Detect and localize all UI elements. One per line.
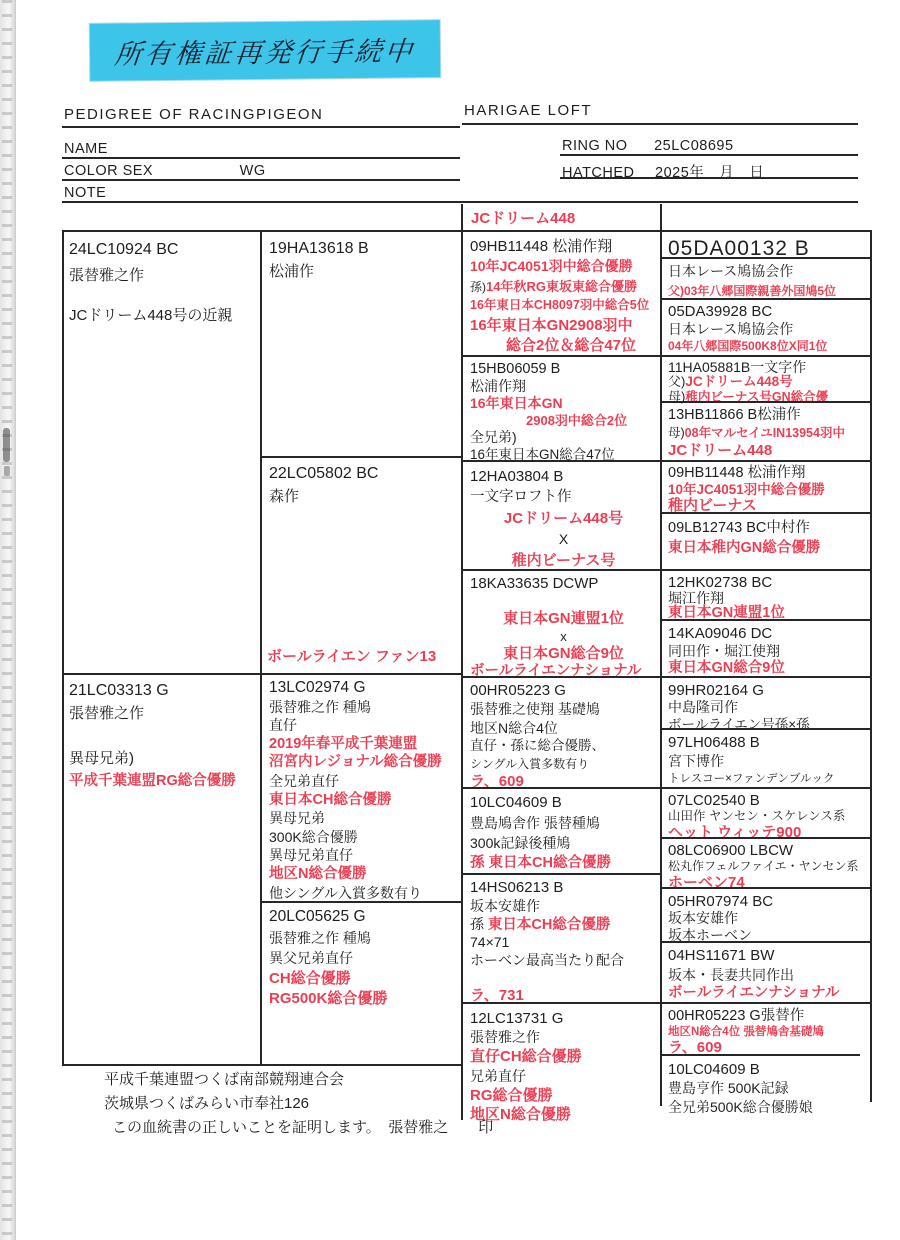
pedigree-line: 稚内ビーナス号	[470, 550, 657, 571]
pedigree-line: 兄弟直仔	[470, 1067, 657, 1086]
pedigree-line: シングル入賞多数有り	[470, 755, 657, 773]
pedigree-line: 森作	[269, 485, 459, 508]
gen2-sire-dam: 22LC05802 BC森作ボールライエン ファン13	[264, 459, 459, 671]
pedigree-line: RG500K総合優勝	[269, 989, 459, 1010]
pedigree-line: 14KA09046 DC	[668, 625, 870, 643]
gen3-label-jc-dream-448: JCドリーム448	[466, 206, 656, 230]
pedigree-line: 15HB06059 B	[470, 361, 657, 378]
gen3-cell-7: 14HS06213 B坂本安雄作孫 東日本CH総合優勝74×71ホーベン最高当た…	[465, 876, 657, 1000]
pedigree-line: 異父兄弟直仔	[269, 948, 459, 969]
pedigree-line: 孫)14年秋RG東坂東総合優勝	[470, 277, 657, 297]
pedigree-document-page: 所有権証再発行手続中 PEDIGREE OF RACINGPIGEON HARI…	[0, 0, 900, 1240]
pedigree-line: 異母兄弟	[269, 809, 459, 828]
color-sex-row: COLOR SEX WG	[64, 163, 266, 179]
pedigree-line	[470, 969, 657, 987]
pedigree-line: 99HR02164 G	[668, 682, 870, 699]
pedigree-line: 18KA33635 DCWP	[470, 575, 657, 593]
table-border	[62, 230, 64, 1066]
ring-no-value: 25LC08695	[654, 138, 734, 154]
gen4-cell-12: 08LC06900 LBCW松丸作フェルファイエ・ヤンセン系ホーベン74	[663, 840, 870, 885]
gen4-cell-13: 05HR07974 BC坂本安雄作坂本ホーベン	[663, 890, 870, 940]
pedigree-line: ボールライエンナショナル	[668, 984, 870, 1003]
pedigree-line: 10年JC4051羽中総合優勝	[668, 482, 870, 499]
pedigree-line: 張替雅之作	[69, 702, 258, 725]
pedigree-line: 24LC10924 BC	[69, 237, 258, 263]
pedigree-line: 地区N総合4位	[470, 719, 657, 737]
table-border	[660, 401, 872, 403]
scan-smudge	[4, 466, 10, 476]
pedigree-line: 張替雅之作	[470, 1028, 657, 1047]
table-border	[461, 676, 872, 678]
gen4-cell-14: 04HS11671 BW坂本・長妻共同作出ボールライエンナショナル	[663, 944, 870, 1000]
gen4-cell-10: 97LH06488 B宮下博作トレスコー×ファンデンブルック	[663, 731, 870, 785]
pedigree-line: 松浦作	[269, 260, 459, 283]
pedigree-line: JCドリーム448号の近親	[69, 303, 258, 329]
table-border	[62, 201, 858, 203]
gen3-cell-4: 18KA33635 DCWP東日本GN連盟1位x東日本GN総合9位ボールライエン…	[465, 572, 657, 674]
pedigree-line: 張替雅之使翔 基礎鳩	[470, 700, 657, 718]
pedigree-line: 異母兄弟)	[69, 747, 258, 770]
pedigree-line: 張替雅之作 種鳩	[269, 698, 459, 717]
pedigree-line: トレスコー×ファンデンブルック	[668, 770, 870, 788]
pedigree-line: 総合2位＆総合47位	[470, 336, 657, 356]
federation-name: 平成千葉連盟つくば南部競翔連合会	[104, 1068, 344, 1089]
pedigree-line: 沼宮内レジョナル総合優勝	[269, 753, 459, 772]
gen4-cell-3: 11HA05881B一文字作父)JCドリーム448号母)稚内ビーナス号GN総合優	[663, 357, 870, 400]
table-border	[62, 673, 463, 675]
color-sex-label: COLOR SEX	[64, 163, 153, 179]
pedigree-line: 300K総合優勝	[269, 828, 459, 847]
pedigree-line: 父)JCドリーム448号	[668, 375, 870, 390]
gen3-cell-8: 12LC13731 G張替雅之作直仔CH総合優勝兄弟直仔RG総合優勝地区N総合優…	[465, 1006, 657, 1122]
pedigree-line: 異母兄弟直仔	[269, 846, 459, 865]
pedigree-line: 2019年春平成千葉連盟	[269, 735, 459, 754]
pedigree-line: 平成千葉連盟RG総合優勝	[69, 770, 258, 793]
pedigree-line: 20LC05625 G	[269, 907, 459, 928]
table-border	[660, 512, 872, 514]
scan-smudge	[3, 428, 10, 462]
gen4-cell-15: 00HR05223 G張替作地区N総合4位 張替鳩舎基礎鳩ラ、609	[663, 1005, 870, 1053]
pedigree-line: 12HA03804 B	[470, 466, 657, 487]
gen3-cell-3: 12HA03804 B一文字ロフト作JCドリーム448号X稚内ビーナス号	[465, 463, 657, 567]
gen4-cell-7: 12HK02738 BC堀江作翔東日本GN連盟1位	[663, 572, 870, 618]
table-border	[660, 257, 872, 259]
pedigree-line: 10年JC4051羽中総合優勝	[470, 257, 657, 277]
pedigree-line: 直仔・孫に総合優勝、	[470, 737, 657, 755]
pedigree-line: X	[470, 529, 657, 550]
table-border	[62, 157, 460, 159]
table-border	[660, 941, 872, 943]
pedigree-line: CH総合優勝	[269, 969, 459, 990]
ring-no-row: RING NO 25LC08695	[562, 138, 734, 154]
pedigree-line: 00HR05223 G張替作	[668, 1008, 870, 1024]
table-border	[660, 619, 872, 621]
table-border	[461, 873, 662, 875]
pedigree-line: 中島隆司作	[668, 699, 870, 716]
note-label: NOTE	[64, 185, 106, 201]
gen3-cell-2: 15HB06059 B松浦作翔16年東日本GN2908羽中総合2位全兄弟)16年…	[465, 358, 657, 458]
pedigree-line: JCドリーム448号	[470, 508, 657, 529]
pedigree-line: 地区N総合優勝	[470, 1105, 657, 1124]
table-border	[560, 177, 858, 179]
pedigree-line: 直仔	[269, 716, 459, 735]
gen1-sire: 24LC10924 BC張替雅之作JCドリーム448号の近親	[64, 234, 258, 671]
pedigree-line: 孫 東日本CH総合優勝	[470, 915, 657, 933]
gen4-cell-6: 09LB12743 BC中村作東日本稚内GN総合優勝	[663, 515, 870, 568]
pedigree-line: 東日本GN総合9位	[470, 645, 657, 663]
table-border	[260, 456, 463, 458]
table-border	[461, 355, 872, 357]
pedigree-line: 地区N総合4位 張替鳩舎基礎鳩	[668, 1024, 870, 1040]
pedigree-line: 05HR07974 BC	[668, 893, 870, 910]
pedigree-line: 孫 東日本CH総合優勝	[470, 853, 657, 873]
pedigree-line: 04年八郷国際500K8位X同1位	[668, 338, 870, 356]
pedigree-line: 地区N総合優勝	[269, 865, 459, 884]
table-border	[461, 1002, 872, 1004]
table-border	[260, 901, 463, 903]
table-border	[62, 1064, 463, 1066]
notebook-binding-edge	[0, 0, 16, 1240]
gen4-cell-11: 07LC02540 B山田作 ヤンセン・スケレンス系ヘット ウィッテ900	[663, 790, 870, 836]
binding-scallops	[2, 0, 12, 1240]
pedigree-line: 300k記録後種鳩	[470, 833, 657, 853]
gen3-cell-5: 00HR05223 G張替雅之使翔 基礎鳩地区N総合4位直仔・孫に総合優勝、シン…	[465, 679, 657, 785]
pedigree-line: 12LC13731 G	[470, 1009, 657, 1028]
table-border	[660, 887, 872, 889]
pedigree-line: ホーベン最高当たり配合	[470, 951, 657, 969]
pedigree-line: 同田作・堀江使翔	[668, 643, 870, 661]
pedigree-line: 直仔CH総合優勝	[470, 1047, 657, 1066]
gen4-cell-8: 14KA09046 DC同田作・堀江使翔東日本GN総合9位	[663, 622, 870, 674]
pedigree-line: 他シングル入賞多数有り	[269, 884, 459, 903]
pedigree-line: 97LH06488 B	[668, 734, 870, 752]
pedigree-line: 松丸作フェルファイエ・ヤンセン系	[668, 859, 870, 875]
table-border	[660, 298, 872, 300]
pedigree-line: 母)08年マルセイユIN13954羽中	[668, 424, 870, 442]
pedigree-line: 11HA05881B一文字作	[668, 360, 870, 375]
table-border	[461, 204, 463, 1120]
pedigree-line: 05DA39928 BC	[668, 303, 870, 321]
pedigree-line: 16年東日本CH8097羽中総合5位	[470, 296, 657, 316]
pedigree-line: 22LC05802 BC	[269, 462, 459, 485]
pedigree-line: 山田作 ヤンセン・スケレンス系	[668, 809, 870, 825]
pedigree-line: 日本レース鳩協会作	[668, 321, 870, 339]
pedigree-line: 19HA13618 B	[269, 237, 459, 260]
loft-name: HARIGAE LOFT	[464, 102, 592, 119]
pedigree-line: JCドリーム448	[668, 442, 870, 460]
pedigree-line: 10LC04609 B	[668, 1060, 870, 1079]
pedigree-line: 14HS06213 B	[470, 879, 657, 897]
pedigree-line: 08LC06900 LBCW	[668, 843, 870, 859]
gen4-cell-9: 99HR02164 G中島隆司作ボールライエン号孫×孫	[663, 679, 870, 727]
handwritten-note-text: 所有権証再発行手続中	[113, 29, 417, 71]
pedigree-line: 07LC02540 B	[668, 793, 870, 809]
table-border	[462, 123, 858, 125]
table-border	[660, 204, 662, 1106]
pedigree-line: 坂本安雄作	[668, 910, 870, 927]
pedigree-line: 09LB12743 BC中村作	[668, 518, 870, 538]
table-border	[260, 230, 262, 1066]
table-border	[870, 230, 872, 1102]
pedigree-line: 東日本GN連盟1位	[470, 610, 657, 628]
table-border	[62, 230, 872, 232]
table-border	[461, 569, 872, 571]
pedigree-line: 04HS11671 BW	[668, 947, 870, 966]
color-sex-value: WG	[240, 163, 266, 179]
gen2-dam-dam: 20LC05625 G張替雅之作 種鳩異父兄弟直仔CH総合優勝RG500K総合優…	[264, 904, 459, 1063]
name-label: NAME	[64, 141, 108, 157]
sticky-note: 所有権証再発行手続中	[90, 20, 441, 81]
pedigree-line: 16年東日本GN	[470, 395, 657, 412]
table-border	[660, 728, 872, 730]
pedigree-line: x	[470, 628, 657, 646]
pedigree-line: 全兄弟)	[470, 429, 657, 446]
gen2-sire-sire: 19HA13618 B松浦作	[264, 234, 459, 454]
pedigree-line: 日本レース鳩協会作	[668, 261, 870, 281]
certification-statement: この血統書の正しいことを証明します。 張替雅之 印	[112, 1116, 493, 1137]
pedigree-line: 全兄弟500K総合優勝娘	[668, 1098, 870, 1117]
pedigree-line: 09HB11448 松浦作翔	[470, 237, 657, 257]
pedigree-line: 張替雅之作	[69, 263, 258, 289]
table-border	[62, 179, 460, 181]
gen1-dam: 21LC03313 G張替雅之作異母兄弟)平成千葉連盟RG総合優勝	[64, 676, 258, 1063]
pedigree-line: 堀江作翔	[668, 591, 870, 607]
pedigree-line: 10LC04609 B	[470, 793, 657, 813]
pedigree-line: 一文字ロフト作	[470, 487, 657, 508]
gen3-cell-6: 10LC04609 B豊島鳩舎作 張替種鳩300k記録後種鳩孫 東日本CH総合優…	[465, 790, 657, 871]
pedigree-line: 豊島亨作 500K記録	[668, 1079, 870, 1098]
pedigree-line: 16年東日本GN2908羽中	[470, 316, 657, 336]
pedigree-line: 09HB11448 松浦作翔	[668, 465, 870, 482]
pedigree-line: ボールライエン ファン13	[267, 645, 436, 668]
pedigree-line: 21LC03313 G	[69, 679, 258, 702]
pedigree-line: 張替雅之作 種鳩	[269, 928, 459, 949]
page-title: PEDIGREE OF RACINGPIGEON	[64, 106, 323, 123]
table-border	[660, 837, 872, 839]
gen4-cell-4: 13HB11866 B松浦作母)08年マルセイユIN13954羽中JCドリーム4…	[663, 403, 870, 458]
pedigree-line: 宮下博作	[668, 752, 870, 770]
table-border	[660, 1054, 860, 1056]
gen4-cell-16: 10LC04609 B豊島亨作 500K記録全兄弟500K総合優勝娘	[663, 1057, 870, 1115]
pedigree-line: 松浦作翔	[470, 378, 657, 395]
pedigree-line: 全兄弟直仔	[269, 772, 459, 791]
pedigree-line: 13HB11866 B松浦作	[668, 406, 870, 424]
pedigree-line: 12HK02738 BC	[668, 575, 870, 591]
pedigree-line: 2908羽中総合2位	[470, 412, 657, 429]
pedigree-line: 74×71	[470, 933, 657, 951]
pedigree-line: 東日本GN総合9位	[668, 660, 870, 678]
ring-no-label: RING NO	[562, 138, 628, 154]
table-border	[62, 126, 460, 128]
pedigree-line: 東日本稚内GN総合優勝	[668, 538, 870, 558]
gen4-cell-5: 09HB11448 松浦作翔10年JC4051羽中総合優勝稚内ビーナス	[663, 462, 870, 511]
table-border	[560, 154, 858, 156]
table-border	[660, 460, 872, 462]
gen3-cell-1: 09HB11448 松浦作翔10年JC4051羽中総合優勝孫)14年秋RG東坂東…	[465, 234, 657, 353]
gen2-dam-sire: 13LC02974 G張替雅之作 種鳩直仔2019年春平成千葉連盟沼宮内レジョナ…	[264, 676, 459, 899]
federation-address: 茨城県つくばみらい市奉社126	[104, 1092, 309, 1113]
pedigree-line: 13LC02974 G	[269, 679, 459, 698]
pedigree-line: JCドリーム448	[471, 209, 656, 229]
pedigree-line: 坂本安雄作	[470, 897, 657, 915]
table-border	[461, 787, 872, 789]
pedigree-line: 豊島鳩舎作 張替種鳩	[470, 813, 657, 833]
pedigree-line: RG総合優勝	[470, 1086, 657, 1105]
gen4-cell-1: 05DA00132 B日本レース鳩協会作父)03年八郷国際親善外国鳩5位	[663, 233, 870, 296]
gen4-cell-2: 05DA39928 BC日本レース鳩協会作04年八郷国際500K8位X同1位	[663, 300, 870, 353]
pedigree-line: 坂本・長妻共同作出	[668, 966, 870, 985]
pedigree-line: 東日本CH総合優勝	[269, 791, 459, 810]
pedigree-line: 00HR05223 G	[470, 682, 657, 700]
pedigree-line	[470, 593, 657, 611]
